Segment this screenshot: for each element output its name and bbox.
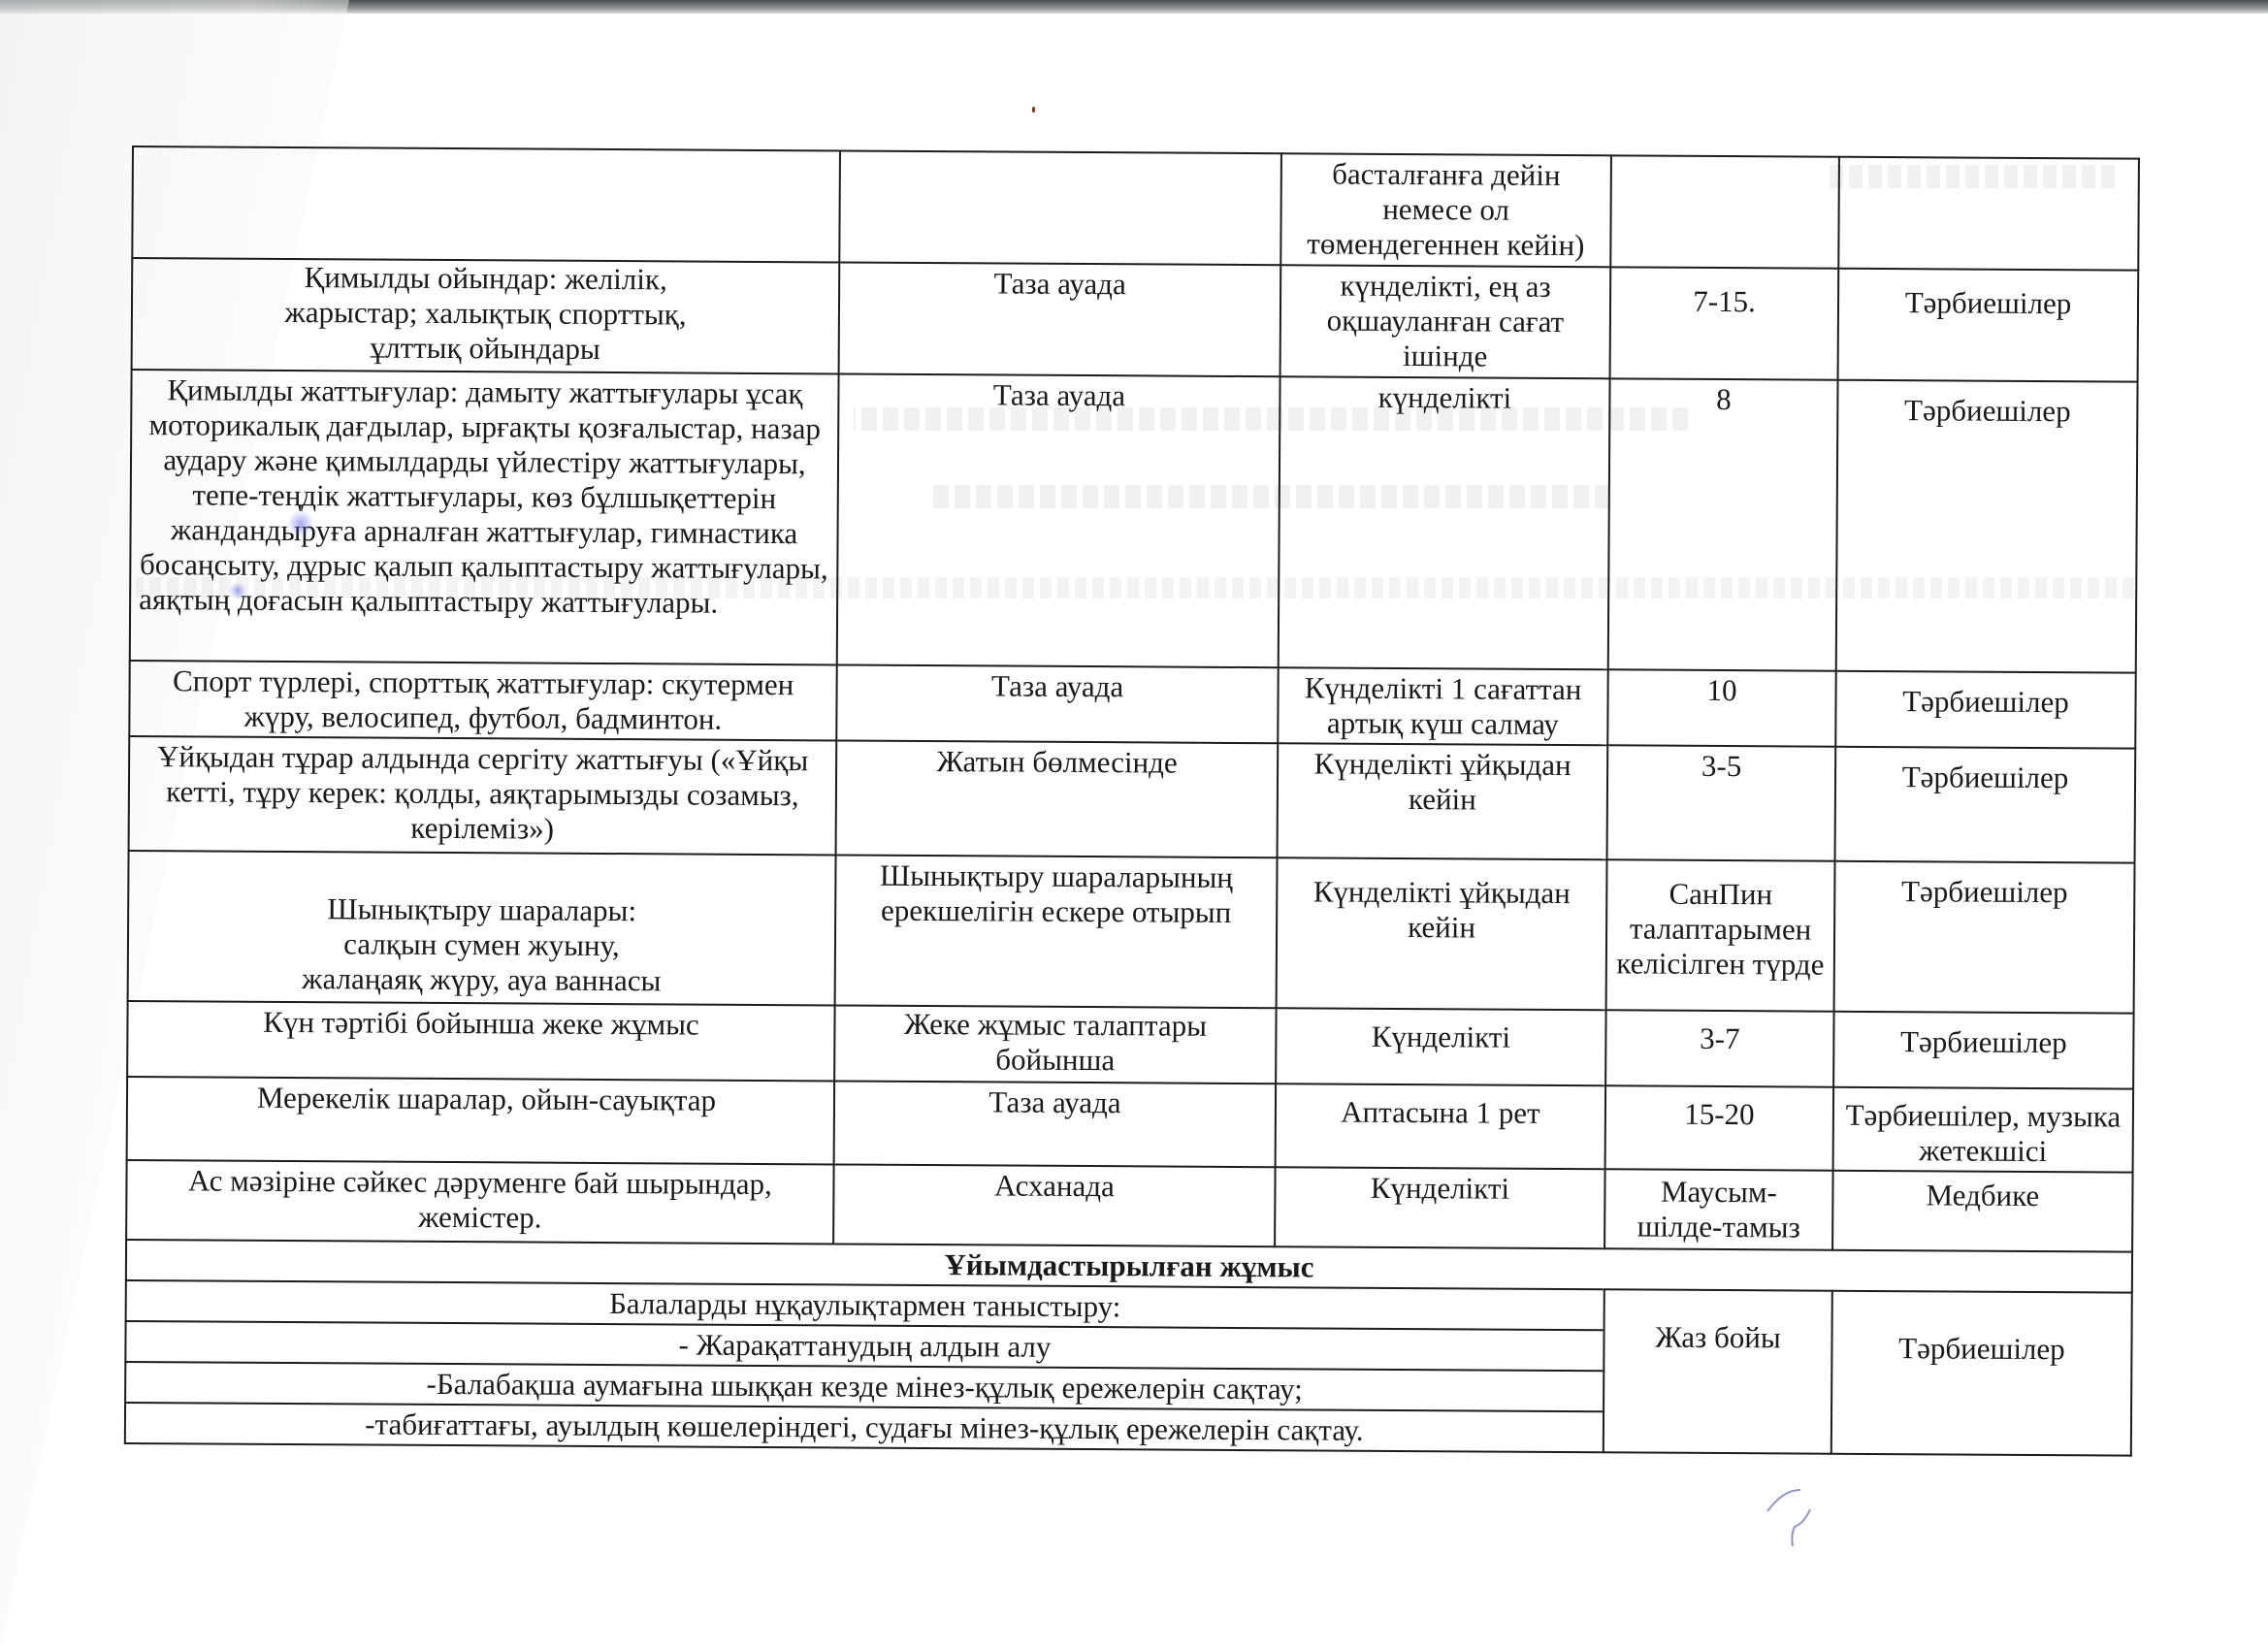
activity-cell: Мерекелік шаралар, ойын-сауықтар xyxy=(127,1077,835,1164)
organized-work-period: Жаз бойы xyxy=(1604,1289,1832,1453)
activity-cell: Ұйқыдан тұрар алдында сергіту жаттығуы (… xyxy=(129,736,837,855)
time-cell: Күнделікті ұйқыдан кейін xyxy=(1277,857,1607,1010)
duration-cell: 10 xyxy=(1607,669,1835,746)
place-cell xyxy=(839,150,1281,265)
place-cell: Жатын бөлмесінде xyxy=(836,740,1279,857)
time-cell: Күнделікті ұйқыдан кейін xyxy=(1278,743,1608,859)
table-row: басталғанға дейін немесе ол төмендегенне… xyxy=(132,146,2139,271)
responsible-cell: Тәрбиешілер xyxy=(1835,747,2136,863)
duration-cell: Маусым-шілде-тамыз xyxy=(1604,1169,1832,1249)
organized-work-item: -табиғаттағы, ауылдың көшелеріндегі, суд… xyxy=(125,1403,1604,1452)
organized-work-responsible: Тәрбиешілер xyxy=(1831,1290,2132,1455)
activity-cell: Қимылды жаттығулар: дамыту жаттығулары ұ… xyxy=(130,370,839,664)
table-row: Ас мәзіріне сәйкес дәруменге бай шырында… xyxy=(126,1160,2132,1252)
time-cell: Күнделікті 1 сағаттан артық күш салмау xyxy=(1278,667,1607,745)
pen-scribble-mark xyxy=(1766,1484,1824,1552)
duration-cell: 3-7 xyxy=(1605,1010,1833,1086)
time-cell: күнделікті xyxy=(1279,376,1610,669)
activity-cell: Спорт түрлері, спорттық жаттығулар: скут… xyxy=(129,661,836,740)
table-row: Шынықтыру шаралары: салқын сумен жуыну, … xyxy=(128,851,2135,1014)
place-cell: Таза ауада xyxy=(837,373,1280,667)
duration-cell: 8 xyxy=(1608,378,1838,670)
ink-blot xyxy=(287,510,314,537)
place-cell: Таза ауада xyxy=(839,262,1281,376)
stray-mark xyxy=(1032,107,1035,113)
duration-cell: 3-5 xyxy=(1607,745,1836,860)
activity-plan-table: басталғанға дейін немесе ол төмендегенне… xyxy=(124,145,2140,1456)
activity-cell: Күн тәртібі бойынша жеке жұмыс xyxy=(127,1001,834,1081)
responsible-cell: Медбике xyxy=(1832,1171,2132,1252)
time-cell: басталғанға дейін немесе ол төмендегенне… xyxy=(1280,153,1611,267)
table-row: Күн тәртібі бойынша жеке жұмыс Жеке жұмы… xyxy=(127,1001,2133,1089)
table-row: Спорт түрлері, спорттық жаттығулар: скут… xyxy=(129,661,2135,749)
table-row: Қимылды ойындар: желілік, жарыстар; халы… xyxy=(132,258,2139,382)
table-row: Ұйқыдан тұрар алдында сергіту жаттығуы (… xyxy=(129,736,2136,863)
duration-cell xyxy=(1610,155,1839,268)
time-cell: Күнделікті xyxy=(1275,1167,1604,1248)
place-cell: Таза ауада xyxy=(836,664,1278,743)
table-row: Мерекелік шаралар, ойын-сауықтар Таза ау… xyxy=(127,1077,2133,1173)
duration-cell: 15-20 xyxy=(1605,1085,1834,1170)
responsible-cell: Тәрбиешілер xyxy=(1835,671,2135,749)
responsible-cell: Тәрбиешілер xyxy=(1833,1012,2133,1089)
responsible-cell: Тәрбиешілер, музыка жетекшісі xyxy=(1833,1087,2134,1173)
place-cell: Таза ауада xyxy=(834,1081,1277,1167)
table-row: Қимылды жаттығулар: дамыту жаттығулары ұ… xyxy=(130,370,2138,673)
responsible-cell: Тәрбиешілер xyxy=(1838,269,2139,382)
place-cell: Шынықтыру шараларының ерекшелігін ескере… xyxy=(835,855,1278,1008)
activity-cell xyxy=(132,146,840,262)
document-page: басталғанға дейін немесе ол төмендегенне… xyxy=(0,0,2268,1649)
duration-cell: 7-15. xyxy=(1610,267,1839,379)
responsible-cell: Тәрбиешілер xyxy=(1834,861,2135,1014)
activity-cell: Қимылды ойындар: желілік, жарыстар; халы… xyxy=(132,258,840,373)
activity-cell: Шынықтыру шаралары: салқын сумен жуыну, … xyxy=(128,851,836,1005)
duration-cell: СанПин талаптарымен келісілген түрде xyxy=(1606,859,1835,1011)
time-cell: күнделікті, ең аз оқшауланған сағат ішін… xyxy=(1280,265,1611,378)
place-cell: Жеке жұмыс талаптары бойынша xyxy=(834,1005,1276,1083)
time-cell: Аптасына 1 рет xyxy=(1276,1083,1606,1169)
time-cell: Күнделікті xyxy=(1276,1008,1605,1085)
place-cell: Асханада xyxy=(833,1164,1275,1246)
activity-cell: Ас мәзіріне сәйкес дәруменге бай шырында… xyxy=(126,1160,833,1244)
responsible-cell xyxy=(1838,157,2139,271)
ink-blot xyxy=(229,582,246,599)
responsible-cell: Тәрбиешілер xyxy=(1836,380,2138,673)
